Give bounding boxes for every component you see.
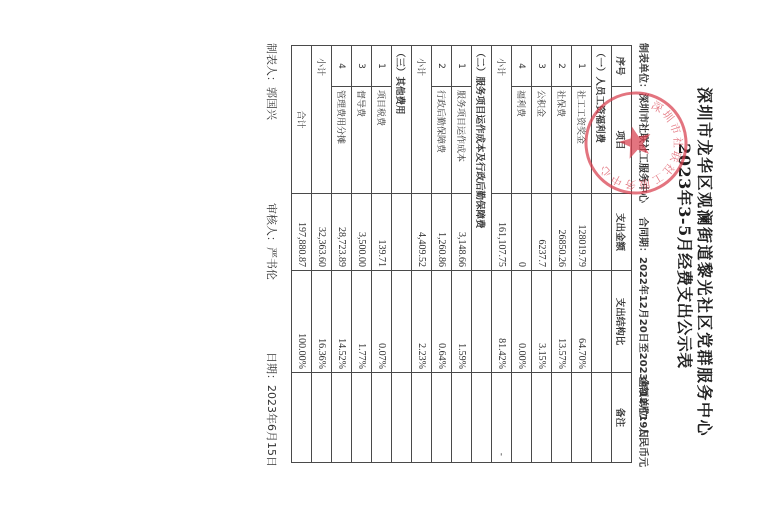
subtotal-amount: 4,409.52 <box>412 194 432 271</box>
header-ratio: 支出结构比 <box>612 271 632 373</box>
row-amount: 0 <box>512 194 532 271</box>
subtotal-ratio: 2.23% <box>412 271 432 373</box>
header-note: 备注 <box>612 373 632 463</box>
section-ratio-cell <box>472 271 492 373</box>
subtotal-note <box>312 373 332 463</box>
row-note <box>512 373 532 463</box>
row-no: 1 <box>452 46 472 87</box>
subtotal-label: 小计 <box>312 46 332 194</box>
header-amount: 支出金额 <box>612 194 632 271</box>
section-ratio-cell <box>592 271 612 373</box>
subtotal-amount: 32,363.60 <box>312 194 332 271</box>
row-note <box>532 373 552 463</box>
official-seal-icon: 深圳市社联社工服务中心 <box>583 90 689 196</box>
row-ratio: 0.64% <box>432 271 452 373</box>
section-row: （三）其他费用 <box>392 46 412 463</box>
total-ratio: 100.00% <box>292 271 312 373</box>
row-no: 3 <box>352 46 372 87</box>
subtotal-ratio: 16.36% <box>312 271 332 373</box>
preparer-signature: 制表人：郭国兴 <box>265 43 278 120</box>
section-title: （三）其他费用 <box>392 46 412 194</box>
section-note-cell <box>592 373 612 463</box>
row-no: 1 <box>372 46 392 87</box>
row-amount: 3,148.66 <box>452 194 472 271</box>
table-row: 4 管理费用分摊 28,723.89 14.52% <box>332 46 352 463</box>
row-no: 2 <box>432 46 452 87</box>
table-row: 1 项目税费 139.71 0.07% <box>372 46 392 463</box>
row-ratio: 1.77% <box>352 271 372 373</box>
subtotal-note <box>412 373 432 463</box>
table-row: 3 督导费 3,500.00 1.77% <box>352 46 372 463</box>
header-no: 序号 <box>612 46 632 87</box>
row-no: 2 <box>552 46 572 87</box>
subtotal-row: 小计 32,363.60 16.36% <box>312 46 332 463</box>
row-ratio: 64.70% <box>572 271 592 373</box>
table-row: 3 公积金 6237.7 3.15% <box>532 46 552 463</box>
row-note <box>432 373 452 463</box>
row-note <box>332 373 352 463</box>
row-ratio: 0.00% <box>512 271 532 373</box>
section-row: （二）服务项目运作成本及行政后勤保障费 <box>472 46 492 463</box>
row-amount: 6237.7 <box>532 194 552 271</box>
row-note <box>352 373 372 463</box>
row-note <box>572 373 592 463</box>
row-ratio: 1.59% <box>452 271 472 373</box>
document-date: 日期：2023年6月15日 <box>265 352 278 467</box>
subtotal-amount: 161,107.75 <box>492 194 512 271</box>
row-note <box>372 373 392 463</box>
total-note <box>292 373 312 463</box>
row-amount: 28,723.89 <box>332 194 352 271</box>
row-no: 3 <box>532 46 552 87</box>
reviewer-signature: 审核人：严书伦 <box>265 203 278 280</box>
row-item: 福利费 <box>512 87 532 194</box>
section-note-cell <box>472 373 492 463</box>
subtotal-row: 小计 161,107.75 81.42% - <box>492 46 512 463</box>
section-amount-cell <box>392 194 412 271</box>
section-title: （二）服务项目运作成本及行政后勤保障费 <box>472 46 492 271</box>
row-ratio: 0.07% <box>372 271 392 373</box>
row-ratio: 14.52% <box>332 271 352 373</box>
row-note <box>552 373 572 463</box>
table-row: 4 福利费 0 0.00% <box>512 46 532 463</box>
row-amount: 26850.26 <box>552 194 572 271</box>
table-row: 2 社保费 26850.26 13.57% <box>552 46 572 463</box>
total-row: 合计 197,880.87 100.00% <box>292 46 312 463</box>
currency-unit: 金额单位：人民币元 <box>636 377 648 467</box>
row-amount: 128019.79 <box>572 194 592 271</box>
subtotal-ratio: 81.42% <box>492 271 512 373</box>
scanned-document-page: 深圳市龙华区观澜街道黎光社区党群服务中心 2023年3-5月经费支出公示表 制表… <box>260 30 720 480</box>
document-title: 深圳市龙华区观澜街道黎光社区党群服务中心 <box>695 37 713 487</box>
table-row: 1 服务项目运作成本 3,148.66 1.59% <box>452 46 472 463</box>
row-no: 4 <box>332 46 352 87</box>
section-ratio-cell <box>392 271 412 373</box>
section-amount-cell <box>592 194 612 271</box>
row-amount: 139.71 <box>372 194 392 271</box>
row-item: 管理费用分摊 <box>332 87 352 194</box>
row-item: 公积金 <box>532 87 552 194</box>
total-label: 合计 <box>292 46 312 194</box>
subtotal-label: 小计 <box>412 46 432 194</box>
row-item: 项目税费 <box>372 87 392 194</box>
section-note-cell <box>392 373 412 463</box>
row-amount: 1,260.86 <box>432 194 452 271</box>
row-item: 社保费 <box>552 87 572 194</box>
row-item: 督导费 <box>352 87 372 194</box>
subtotal-row: 小计 4,409.52 2.23% <box>412 46 432 463</box>
row-item: 服务项目运作成本 <box>452 87 472 194</box>
table-row: 2 行政后勤保障费 1,260.86 0.64% <box>432 46 452 463</box>
row-note <box>452 373 472 463</box>
row-no: 4 <box>512 46 532 87</box>
subtotal-label: 小计 <box>492 46 512 194</box>
row-amount: 3,500.00 <box>352 194 372 271</box>
row-ratio: 13.57% <box>552 271 572 373</box>
subtotal-note: - <box>492 373 512 463</box>
row-no: 1 <box>572 46 592 87</box>
seal-star-icon <box>615 122 659 167</box>
row-ratio: 3.15% <box>532 271 552 373</box>
total-amount: 197,880.87 <box>292 194 312 271</box>
expense-table: 序号 项目 支出金额 支出结构比 备注 （一）人员工资福利费 1 社工工资奖金 … <box>291 45 632 463</box>
row-item: 行政后勤保障费 <box>432 87 452 194</box>
